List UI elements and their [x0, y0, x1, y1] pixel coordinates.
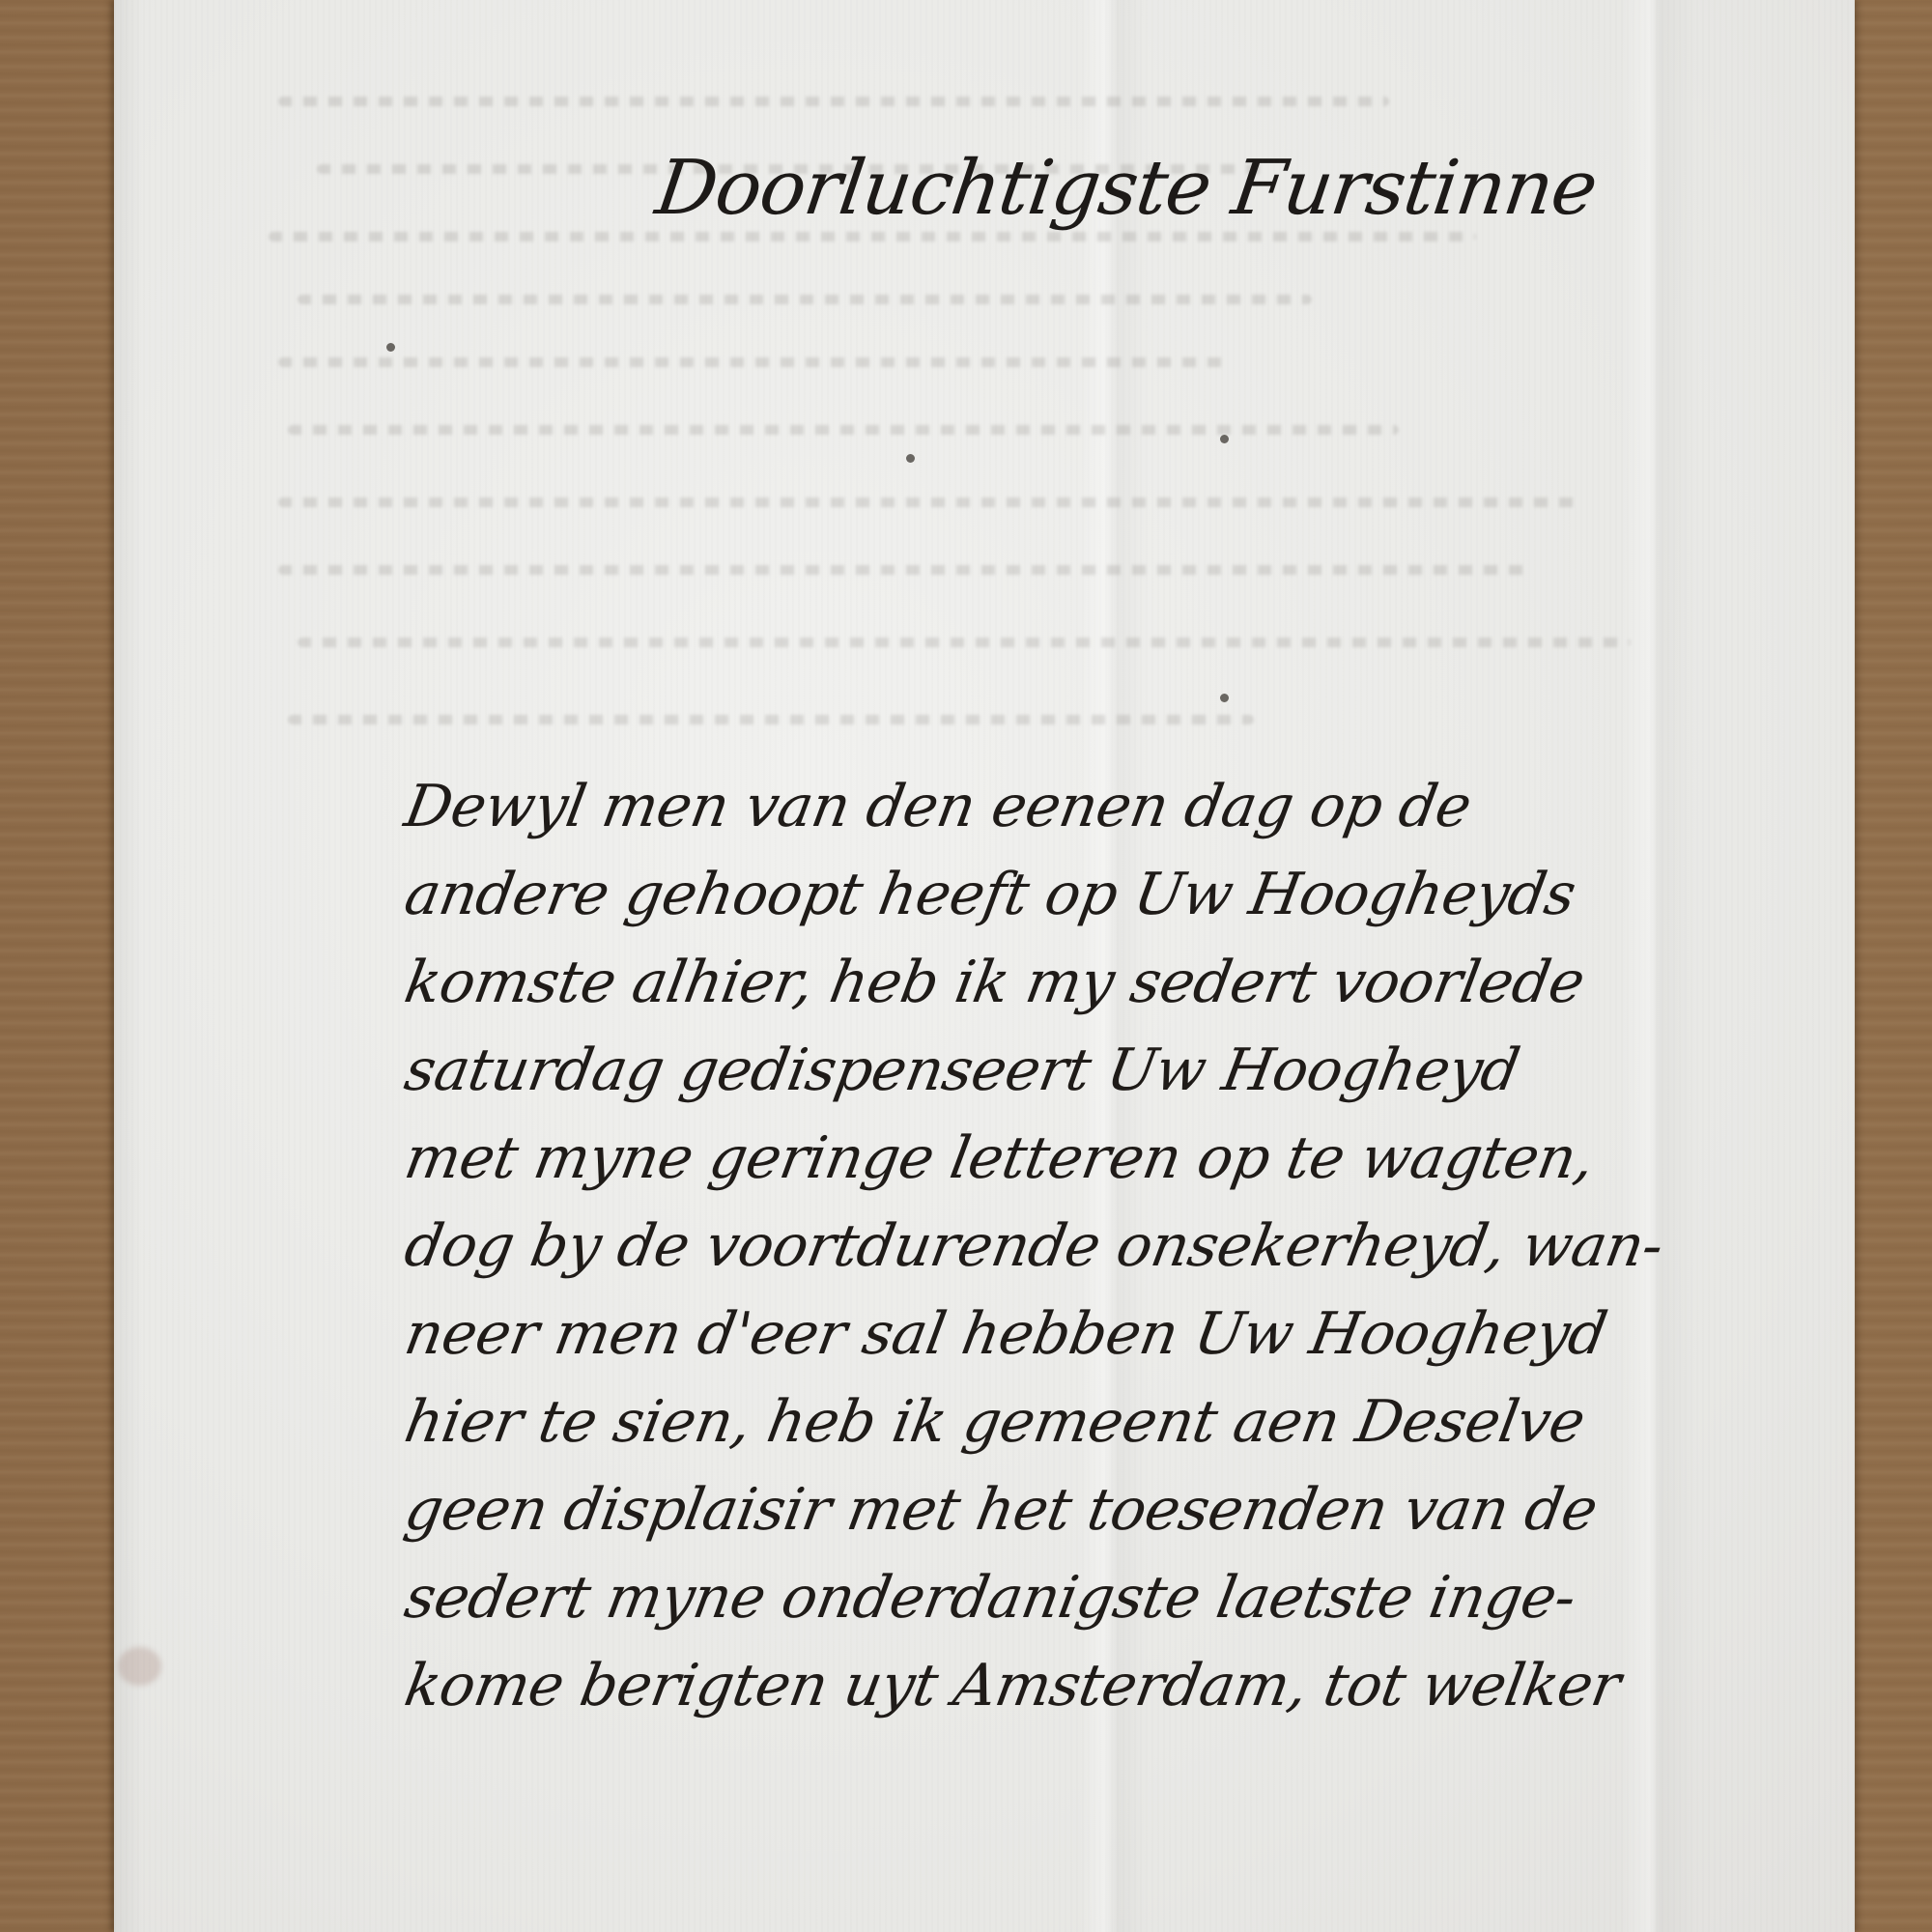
letter-line: sedert myne onderdanigste laetste inge- — [398, 1554, 1843, 1642]
letter-line: kome berigten uyt Amsterdam, tot welker — [398, 1642, 1843, 1730]
letter-line: geen displaisir met het toesenden van de — [398, 1466, 1843, 1554]
letter-line: saturdag gedispenseert Uw Hoogheyd — [398, 1027, 1843, 1115]
letter-line: hier te sien, heb ik gemeent aen Deselve — [398, 1378, 1843, 1466]
letter-line: met myne geringe letteren op te wagten, — [398, 1115, 1843, 1203]
salutation-heading: Doorluchtigste Furstinne — [651, 145, 1603, 232]
letter-line: Dewyl men van den eenen dag op de — [398, 763, 1843, 851]
letter-line: komste alhier, heb ik my sedert voorlede — [398, 939, 1843, 1027]
paper-stain — [118, 1647, 161, 1686]
letter-line: andere gehoopt heeft op Uw Hoogheyds — [398, 851, 1843, 939]
letter-line: dog by de voortdurende onsekerheyd, wan- — [398, 1203, 1843, 1291]
letter-body: Dewyl men van den eenen dag op de andere… — [406, 763, 1835, 1730]
letter-line: neer men d'eer sal hebben Uw Hoogheyd — [398, 1291, 1843, 1378]
